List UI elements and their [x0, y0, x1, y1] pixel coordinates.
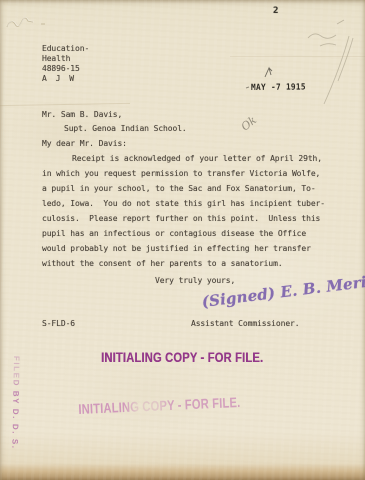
file-reference-line-4: A J W [42, 74, 76, 84]
closing: Very truly yours, [155, 276, 235, 285]
filed-by-stamp: FILED BY D. D. S. [10, 356, 21, 450]
handwritten-ok-note: Ok [239, 114, 259, 134]
letter-body: Receipt is acknowledged of your letter o… [42, 151, 325, 271]
body-line: in which you request permission to trans… [42, 166, 325, 181]
body-line: ledo, Iowa. You do not state this girl h… [42, 196, 325, 211]
body-line: a pupil in your school, to the Sac and F… [42, 181, 325, 196]
recipient-title: Supt. Genoa Indian School. [64, 124, 187, 133]
signer-title: Assistant Commissioner. [191, 319, 299, 328]
paper-crease [0, 103, 130, 106]
page-number: 2 [273, 6, 278, 16]
pencil-scribble [300, 10, 360, 115]
file-code: S-FLD-6 [42, 319, 75, 328]
body-line: pupil has an infectious or contagious di… [42, 226, 325, 241]
pencil-tick [262, 66, 276, 80]
letter-page: 2 Education- Health 48896-15 A J W MAY -… [0, 0, 365, 480]
body-line: would probably not be justified in effec… [42, 241, 325, 256]
body-line: culosis. Please report further on this p… [42, 211, 325, 226]
body-line: Receipt is acknowledged of your letter o… [72, 151, 325, 166]
initialing-copy-stamp-faded: INITIALING COPY - FOR FILE. [78, 394, 241, 417]
date-received-stamp: MAY -7 1915 [251, 82, 306, 93]
file-reference-line-1: Education- [42, 44, 89, 54]
body-line: without the consent of her parents to a … [42, 256, 325, 271]
salutation: My dear Mr. Davis: [42, 139, 127, 148]
initialing-copy-stamp: INITIALING COPY - FOR FILE. [101, 349, 263, 365]
embossed-mark [3, 13, 57, 35]
paper-crease [230, 56, 365, 57]
file-reference-line-3: 48896-15 [42, 64, 80, 74]
recipient-name: Mr. Sam B. Davis, [42, 110, 122, 119]
file-reference-line-2: Health [42, 54, 70, 64]
